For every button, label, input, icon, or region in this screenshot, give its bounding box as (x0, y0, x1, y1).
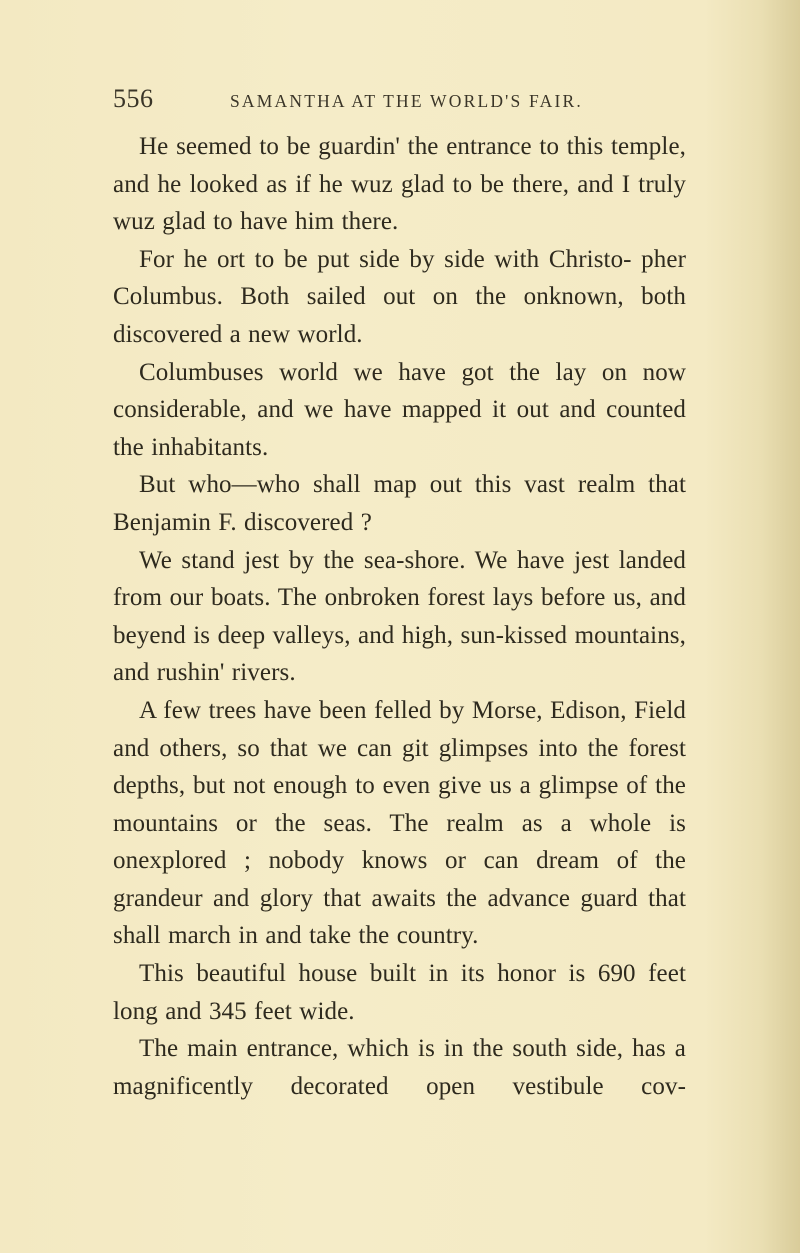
paragraph-beautiful-house: This beautiful house built in its honor … (113, 955, 686, 1030)
running-title: SAMANTHA AT THE WORLD'S FAIR. (230, 91, 583, 112)
paragraph-columbus: For he ort to be put side by side with C… (113, 241, 686, 354)
body-text: He seemed to be guardin' the entrance to… (113, 128, 686, 1105)
running-header: 556 SAMANTHA AT THE WORLD'S FAIR. (113, 84, 686, 124)
paragraph-columbus-world: Columbuses world we have got the lay on … (113, 354, 686, 467)
paragraph-guardian: He seemed to be guardin' the entrance to… (113, 128, 686, 241)
page-number: 556 (113, 84, 154, 114)
paragraph-who-shall-map: But who—who shall map out this vast real… (113, 466, 686, 541)
paragraph-sea-shore: We stand jest by the sea-shore. We have … (113, 542, 686, 692)
paragraph-main-entrance: The main entrance, which is in the south… (113, 1030, 686, 1105)
paragraph-few-trees: A few trees have been felled by Morse, E… (113, 692, 686, 955)
